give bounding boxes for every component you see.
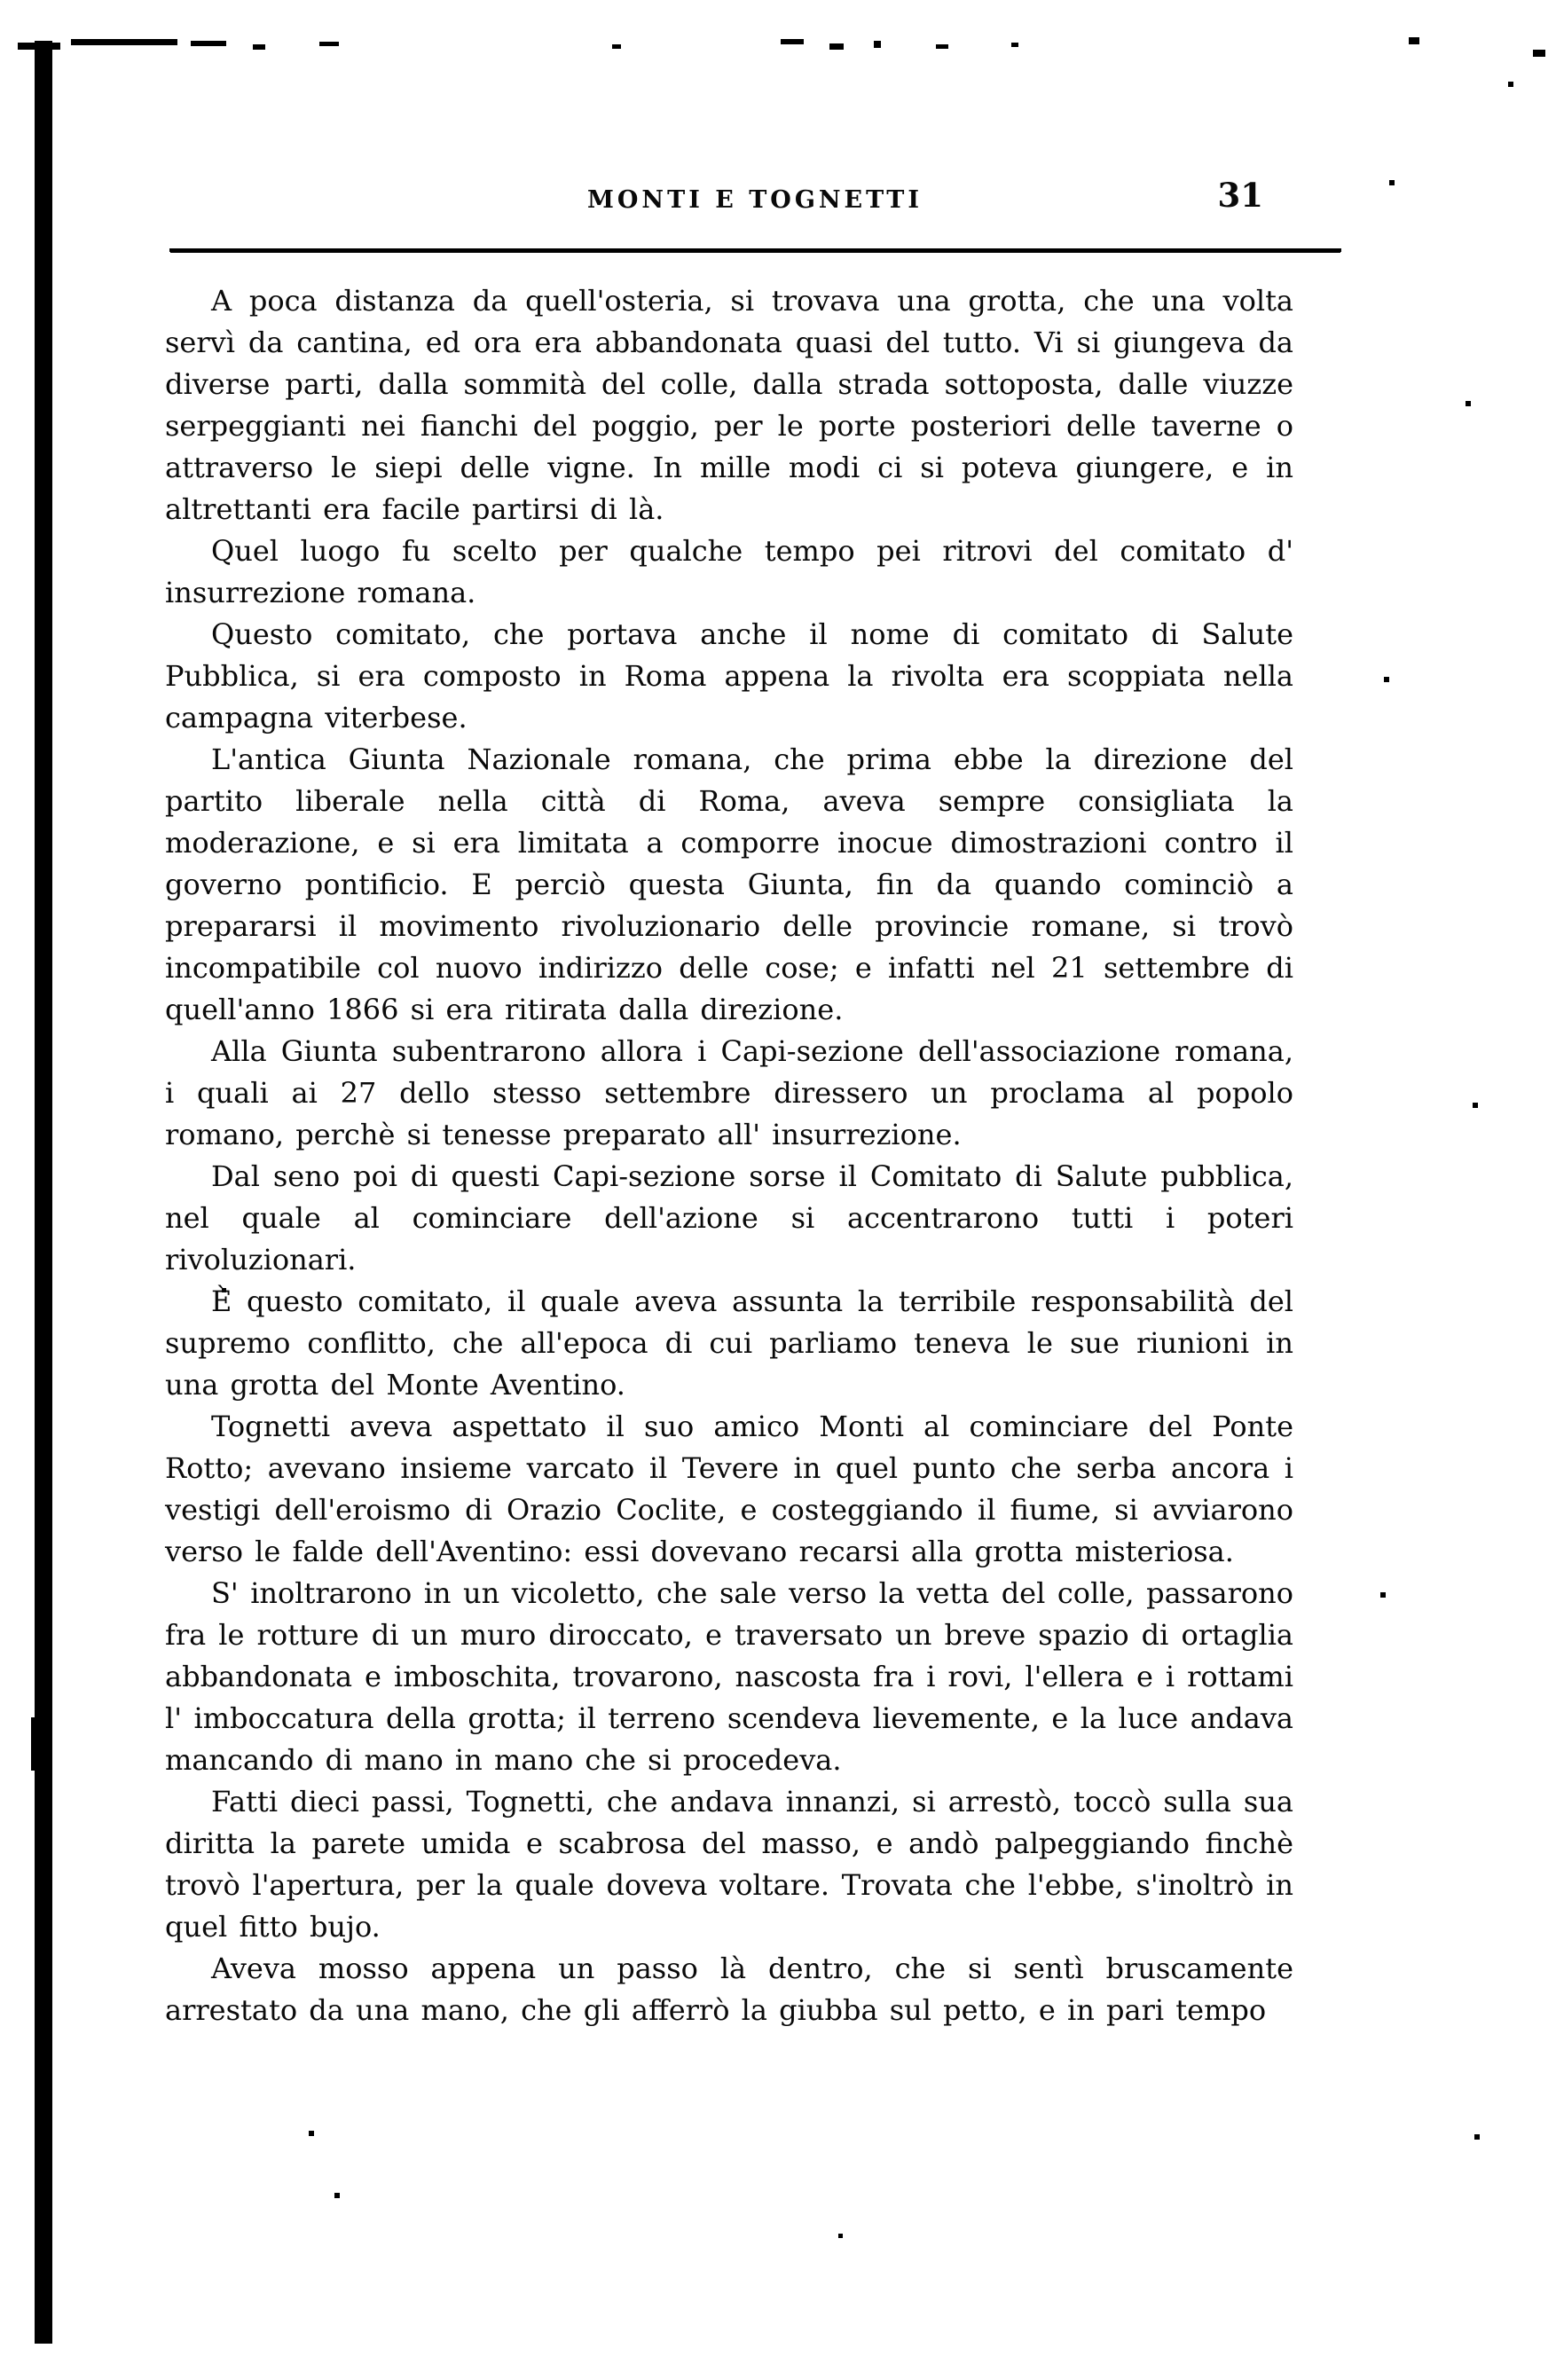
- running-head-row: MONTI E TOGNETTI 31: [169, 176, 1341, 229]
- header-rule: [169, 248, 1341, 252]
- paragraph: Alla Giunta subentrarono allora i Capi-s…: [165, 1031, 1293, 1156]
- running-head-title: MONTI E TOGNETTI: [169, 186, 1341, 214]
- paragraph: Quel luogo fu scelto per qualche tempo p…: [165, 530, 1293, 614]
- book-page: MONTI E TOGNETTI 31 A poca distanza da q…: [0, 0, 1556, 2380]
- paragraph: È questo comitato, il quale aveva assunt…: [165, 1281, 1293, 1406]
- paragraph: A poca distanza da quell'osteria, si tro…: [165, 280, 1293, 530]
- paragraph: S' inoltrarono in un vicoletto, che sale…: [165, 1573, 1293, 1781]
- paragraph: Aveva mosso appena un passo là dentro, c…: [165, 1948, 1293, 2031]
- paragraph: Dal seno poi di questi Capi-sezione sors…: [165, 1156, 1293, 1281]
- text-block: A poca distanza da quell'osteria, si tro…: [165, 280, 1293, 2031]
- paragraph: Tognetti aveva aspettato il suo amico Mo…: [165, 1406, 1293, 1573]
- paragraph: L'antica Giunta Nazionale romana, che pr…: [165, 739, 1293, 1031]
- page-number: 31: [1218, 176, 1264, 215]
- paragraph: Questo comitato, che portava anche il no…: [165, 614, 1293, 739]
- paragraph: Fatti dieci passi, Tognetti, che andava …: [165, 1781, 1293, 1948]
- scan-artifact-left-bar: [35, 41, 52, 2344]
